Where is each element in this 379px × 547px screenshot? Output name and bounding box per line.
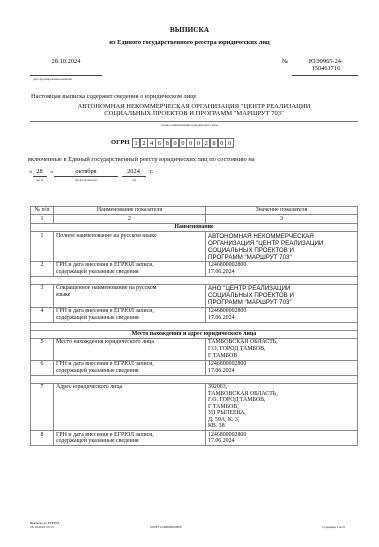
ogrn-field: ОГРН 1 2 4 6 8 0 0 0 0 2 8 0 0 bbox=[111, 138, 234, 148]
section-title: Место нахождения и адрес юридического ли… bbox=[31, 330, 358, 338]
value-line: Г ТАМБОВ bbox=[208, 353, 355, 360]
included-text: включенные в Единый государственный реес… bbox=[28, 156, 255, 163]
label-line: ГРН и дата внесения в ЕГРЮЛ записи, bbox=[56, 308, 203, 315]
label-line: содержащей указанные сведения bbox=[56, 269, 203, 276]
row-value: ТАМБОВСКАЯ ОБЛАСТЬ, Г.О. ГОРОД ТАМБОВ, Г… bbox=[206, 339, 358, 361]
value-line: ПРОГРАММ "МАРШРУТ 703" bbox=[208, 299, 355, 306]
as-of-year: 2024 bbox=[122, 168, 145, 175]
row-label: ГРН и дата внесения в ЕГРЮЛ записи, соде… bbox=[54, 431, 206, 446]
spacer-row bbox=[31, 322, 358, 330]
row-value: АВТОНОМНАЯ НЕКОММЕРЧЕСКАЯ ОРГАНИЗАЦИЯ "Ц… bbox=[206, 232, 358, 262]
table-row: 2 ГРН и дата внесения в ЕГРЮЛ записи, со… bbox=[31, 261, 358, 276]
value-line: Г.О. ГОРОД ТАМБОВ, bbox=[208, 397, 355, 404]
row-value: АНО "ЦЕНТР РЕАЛИЗАЦИИ СОЦИАЛЬНЫХ ПРОЕКТО… bbox=[206, 284, 358, 307]
footer-timestamp: 28.10.2024 23:15 bbox=[30, 525, 59, 529]
value-line: СОЦИАЛЬНЫХ ПРОЕКТОВ И bbox=[208, 292, 355, 299]
number-underline bbox=[292, 75, 358, 76]
value-line: ТАМБОВСКАЯ ОБЛАСТЬ, bbox=[208, 391, 355, 398]
section-header-row: Наименование bbox=[31, 223, 358, 231]
col-header-number: № п/п bbox=[31, 207, 54, 215]
value-line: СОЦИАЛЬНЫХ ПРОЕКТОВ И bbox=[208, 247, 355, 254]
table-row: 6 ГРН и дата внесения в ЕГРЮЛ записи, со… bbox=[31, 360, 358, 375]
row-number: 8 bbox=[31, 431, 54, 446]
row-label: Адрес юридического лица bbox=[54, 383, 206, 431]
footer-ogrn: ОГРН 1246800002800 bbox=[150, 525, 182, 529]
table-row: 7 Адрес юридического лица 392003, ТАМБОВ… bbox=[31, 383, 358, 431]
value-line: 17.06.2024 bbox=[208, 368, 355, 375]
row-label: ГРН и дата внесения в ЕГРЮЛ записи, соде… bbox=[54, 261, 206, 276]
number-sign: № bbox=[282, 58, 288, 65]
day-caption: число bbox=[31, 178, 49, 182]
month-caption: месяц прописью bbox=[54, 178, 118, 182]
col-number-2: 2 bbox=[54, 215, 206, 223]
org-name-underline bbox=[30, 121, 358, 122]
value-line: ОРГАНИЗАЦИЯ "ЦЕНТР РЕАЛИЗАЦИИ bbox=[208, 240, 355, 247]
row-label: ГРН и дата внесения в ЕГРЮЛ записи, соде… bbox=[54, 360, 206, 375]
section-title: Наименование bbox=[31, 223, 358, 231]
year-underline bbox=[122, 176, 146, 177]
table-row: 3 Сокращенное наименование на русском яз… bbox=[31, 284, 358, 307]
value-line: Г.О. ГОРОД ТАМБОВ, bbox=[208, 346, 355, 353]
date-underline bbox=[30, 75, 102, 76]
label-line: Сокращенное наименование на русском bbox=[56, 285, 203, 292]
extract-number: ЮЭ9965-24- 150461716 bbox=[294, 58, 358, 72]
year-caption: год bbox=[122, 178, 146, 182]
label-line: содержащей указанные сведения bbox=[56, 438, 203, 445]
row-number: 2 bbox=[31, 261, 54, 276]
row-number: 7 bbox=[31, 383, 54, 431]
row-number: 1 bbox=[31, 232, 54, 262]
table-row: 5 Место нахождения юридического лица ТАМ… bbox=[31, 339, 358, 361]
section-header-row: Место нахождения и адрес юридического ли… bbox=[31, 330, 358, 338]
open-quote: « bbox=[29, 168, 32, 175]
value-line: 1246800002800 bbox=[208, 361, 355, 368]
org-name-line2: СОЦИАЛЬНЫХ ПРОЕКТОВ И ПРОГРАММ "МАРШРУТ … bbox=[30, 110, 358, 117]
value-line: ТАМБОВСКАЯ ОБЛАСТЬ, bbox=[208, 339, 355, 346]
month-underline bbox=[54, 176, 118, 177]
date-caption: дата формирования выписки bbox=[33, 77, 72, 81]
row-value: 1246800002800 17.06.2024 bbox=[206, 431, 358, 446]
spacer-cell bbox=[31, 276, 358, 284]
extract-number-line1: ЮЭ9965-24- bbox=[294, 58, 358, 65]
row-label: Полное наименование на русском языке bbox=[54, 232, 206, 262]
row-value: 392003, ТАМБОВСКАЯ ОБЛАСТЬ, Г.О. ГОРОД Т… bbox=[206, 383, 358, 431]
as-of-day: 28 bbox=[33, 168, 46, 175]
value-line: АНО "ЦЕНТР РЕАЛИЗАЦИИ bbox=[208, 285, 355, 292]
ogrn-digits: 1 2 4 6 8 0 0 0 0 2 8 0 0 bbox=[132, 138, 233, 148]
extract-date: 28.10.2024 bbox=[30, 58, 102, 65]
year-suffix: г. bbox=[150, 168, 154, 175]
row-number: 6 bbox=[31, 360, 54, 375]
organization-full-name: АВТОНОМНАЯ НЕКОММЕРЧЕСКАЯ ОРГАНИЗАЦИЯ "Ц… bbox=[30, 103, 358, 118]
row-label: ГРН и дата внесения в ЕГРЮЛ записи, соде… bbox=[54, 307, 206, 322]
label-line: содержащей указанные сведения bbox=[56, 315, 203, 322]
value-line: Д. 59А, К. 3, bbox=[208, 417, 355, 424]
as-of-month: октября bbox=[54, 168, 118, 175]
row-value: 1246800002800 17.06.2024 bbox=[206, 307, 358, 322]
row-label: Место нахождения юридического лица bbox=[54, 339, 206, 361]
page-indicator: Страница 1 из 6 bbox=[322, 525, 345, 529]
spacer-row bbox=[31, 375, 358, 383]
value-line: 17.06.2024 bbox=[208, 438, 355, 445]
close-quote: » bbox=[50, 168, 53, 175]
row-value: 1246800002800 17.06.2024 bbox=[206, 261, 358, 276]
register-table: № п/п Наименование показателя Значение п… bbox=[30, 206, 358, 446]
day-underline bbox=[33, 176, 47, 177]
row-number: 3 bbox=[31, 284, 54, 307]
col-header-value: Значение показателя bbox=[206, 207, 358, 215]
value-line: Г ТАМБОВ, bbox=[208, 404, 355, 411]
label-line: ГРН и дата внесения в ЕГРЮЛ записи, bbox=[56, 361, 203, 368]
row-label: Сокращенное наименование на русском язык… bbox=[54, 284, 206, 307]
col-header-indicator: Наименование показателя bbox=[54, 207, 206, 215]
document-subtitle: из Единого государственного реестра юрид… bbox=[0, 39, 379, 46]
value-line: 1246800002800 bbox=[208, 308, 355, 315]
value-line: ПРОГРАММ "МАРШРУТ 703" bbox=[208, 254, 355, 261]
table-colnum-row: 1 2 3 bbox=[31, 215, 358, 223]
value-line: 17.06.2024 bbox=[208, 315, 355, 322]
value-line: УЛ РЫЛЕЕВА, bbox=[208, 410, 355, 417]
ogrn-digit: 0 bbox=[225, 138, 233, 148]
label-line: содержащей указанные сведения bbox=[56, 368, 203, 375]
table-row: 4 ГРН и дата внесения в ЕГРЮЛ записи, со… bbox=[31, 307, 358, 322]
value-line: КВ. 38 bbox=[208, 423, 355, 430]
label-line: языке bbox=[56, 292, 203, 299]
spacer-row bbox=[31, 276, 358, 284]
value-line: 17.06.2024 bbox=[208, 269, 355, 276]
spacer-cell bbox=[31, 375, 358, 383]
footer-left: Выписка из ЕГРЮЛ 28.10.2024 23:15 bbox=[30, 521, 59, 529]
intro-text: Настоящая выписка содержит сведения о юр… bbox=[31, 93, 196, 100]
org-name-caption: полное наименование юридического лица bbox=[0, 123, 379, 127]
spacer-cell bbox=[31, 322, 358, 330]
row-value: 1246800002800 17.06.2024 bbox=[206, 360, 358, 375]
table-row: 1 Полное наименование на русском языке А… bbox=[31, 232, 358, 262]
col-number-1: 1 bbox=[31, 215, 54, 223]
col-number-3: 3 bbox=[206, 215, 358, 223]
document-title: ВЫПИСКА bbox=[0, 26, 379, 34]
extract-number-line2: 150461716 bbox=[294, 65, 358, 72]
value-line: 1246800002800 bbox=[208, 262, 355, 269]
label-line: ГРН и дата внесения в ЕГРЮЛ записи, bbox=[56, 262, 203, 269]
ogrn-label: ОГРН bbox=[111, 139, 129, 146]
table-header-row: № п/п Наименование показателя Значение п… bbox=[31, 207, 358, 215]
table-row: 8 ГРН и дата внесения в ЕГРЮЛ записи, со… bbox=[31, 431, 358, 446]
row-number: 4 bbox=[31, 307, 54, 322]
value-line: 1246800002800 bbox=[208, 432, 355, 439]
org-name-line1: АВТОНОМНАЯ НЕКОММЕРЧЕСКАЯ ОРГАНИЗАЦИЯ "Ц… bbox=[30, 103, 358, 110]
row-number: 5 bbox=[31, 339, 54, 361]
value-line: АВТОНОМНАЯ НЕКОММЕРЧЕСКАЯ bbox=[208, 233, 355, 240]
value-line: 392003, bbox=[208, 384, 355, 391]
